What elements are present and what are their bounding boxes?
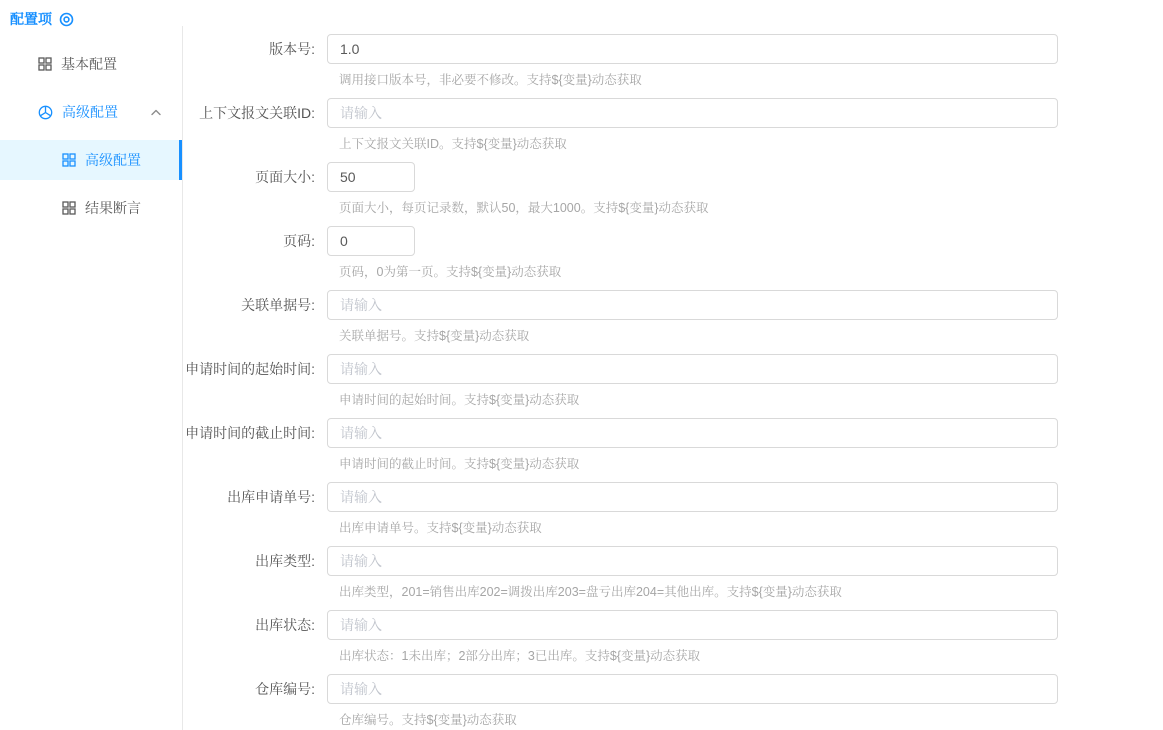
field-help-text: 页码，0为第一页。支持${变量}动态获取 [339, 264, 1163, 281]
field-help-text: 出库申请单号。支持${变量}动态获取 [339, 520, 1163, 537]
form-field-row: 申请时间的截止时间:申请时间的截止时间。支持${变量}动态获取 [183, 418, 1163, 473]
sidebar-divider [182, 26, 183, 730]
grid-icon [62, 153, 76, 167]
sidebar-item-label: 基本配置 [61, 54, 117, 74]
field-input[interactable] [327, 482, 1058, 512]
field-input[interactable] [327, 610, 1058, 640]
form-field-row: 上下文报文关联ID:上下文报文关联ID。支持${变量}动态获取 [183, 98, 1163, 153]
sidebar-item-label: 结果断言 [85, 198, 141, 218]
field-input[interactable] [327, 34, 1058, 64]
sidebar-item-1[interactable]: 高级配置 [0, 92, 183, 132]
field-help-text: 申请时间的截止时间。支持${变量}动态获取 [339, 456, 1163, 473]
form-field-row: 仓库编号:仓库编号。支持${变量}动态获取 [183, 674, 1163, 729]
form-field-row: 出库类型:出库类型，201=销售出库202=调拨出库203=盘亏出库204=其他… [183, 546, 1163, 601]
field-label: 出库状态: [183, 610, 327, 640]
field-help-text: 关联单据号。支持${变量}动态获取 [339, 328, 1163, 345]
field-label: 出库类型: [183, 546, 327, 576]
target-icon[interactable] [59, 12, 74, 27]
form-field-row: 页码:页码，0为第一页。支持${变量}动态获取 [183, 226, 1163, 281]
field-label: 版本号: [183, 34, 327, 64]
form-field-row: 页面大小:页面大小，每页记录数，默认50，最大1000。支持${变量}动态获取 [183, 162, 1163, 217]
cube-icon [38, 105, 53, 120]
form-field-row: 申请时间的起始时间:申请时间的起始时间。支持${变量}动态获取 [183, 354, 1163, 409]
sidebar-title-label: 配置项 [10, 9, 52, 29]
field-help-text: 出库类型，201=销售出库202=调拨出库203=盘亏出库204=其他出库。支持… [339, 584, 1163, 601]
grid-icon [38, 57, 52, 71]
field-help-text: 申请时间的起始时间。支持${变量}动态获取 [339, 392, 1163, 409]
field-help-text: 出库状态：1未出库；2部分出库；3已出库。支持${变量}动态获取 [339, 648, 1163, 665]
sidebar-item-label: 高级配置 [85, 150, 141, 170]
field-input[interactable] [327, 354, 1058, 384]
sidebar-item-0[interactable]: 基本配置 [0, 44, 183, 84]
form-field-row: 关联单据号:关联单据号。支持${变量}动态获取 [183, 290, 1163, 345]
field-input[interactable] [327, 290, 1058, 320]
field-input[interactable] [327, 98, 1058, 128]
field-label: 仓库编号: [183, 674, 327, 704]
field-help-text: 上下文报文关联ID。支持${变量}动态获取 [339, 136, 1163, 153]
field-help-text: 调用接口版本号，非必要不修改。支持${变量}动态获取 [339, 72, 1163, 89]
field-input[interactable] [327, 546, 1058, 576]
sidebar-item-2[interactable]: 高级配置 [0, 140, 183, 180]
field-label: 出库申请单号: [183, 482, 327, 512]
field-input[interactable] [327, 674, 1058, 704]
sidebar-item-3[interactable]: 结果断言 [0, 188, 183, 228]
field-label: 页码: [183, 226, 327, 256]
grid-icon [62, 201, 76, 215]
config-page: 配置项 基本配置高级配置高级配置结果断言 版本号:调用接口版本号，非必要不修改。… [0, 0, 1163, 730]
field-help-text: 仓库编号。支持${变量}动态获取 [339, 712, 1163, 729]
field-label: 上下文报文关联ID: [183, 98, 327, 128]
field-input[interactable] [327, 162, 415, 192]
field-label: 页面大小: [183, 162, 327, 192]
form-field-row: 出库状态:出库状态：1未出库；2部分出库；3已出库。支持${变量}动态获取 [183, 610, 1163, 665]
field-help-text: 页面大小，每页记录数，默认50，最大1000。支持${变量}动态获取 [339, 200, 1163, 217]
field-label: 关联单据号: [183, 290, 327, 320]
chevron-up-icon [151, 109, 161, 116]
form-field-row: 版本号:调用接口版本号，非必要不修改。支持${变量}动态获取 [183, 34, 1163, 89]
config-sidebar: 配置项 基本配置高级配置高级配置结果断言 [0, 0, 183, 730]
form-rows: 版本号:调用接口版本号，非必要不修改。支持${变量}动态获取上下文报文关联ID:… [183, 34, 1163, 729]
sidebar-item-label: 高级配置 [62, 102, 118, 122]
field-label: 申请时间的起始时间: [183, 354, 327, 384]
field-label: 申请时间的截止时间: [183, 418, 327, 448]
form-field-row: 出库申请单号:出库申请单号。支持${变量}动态获取 [183, 482, 1163, 537]
field-input[interactable] [327, 226, 415, 256]
sidebar-title: 配置项 [0, 8, 183, 30]
config-form: 版本号:调用接口版本号，非必要不修改。支持${变量}动态获取上下文报文关联ID:… [183, 0, 1163, 730]
field-input[interactable] [327, 418, 1058, 448]
sidebar-menu: 基本配置高级配置高级配置结果断言 [0, 44, 183, 228]
